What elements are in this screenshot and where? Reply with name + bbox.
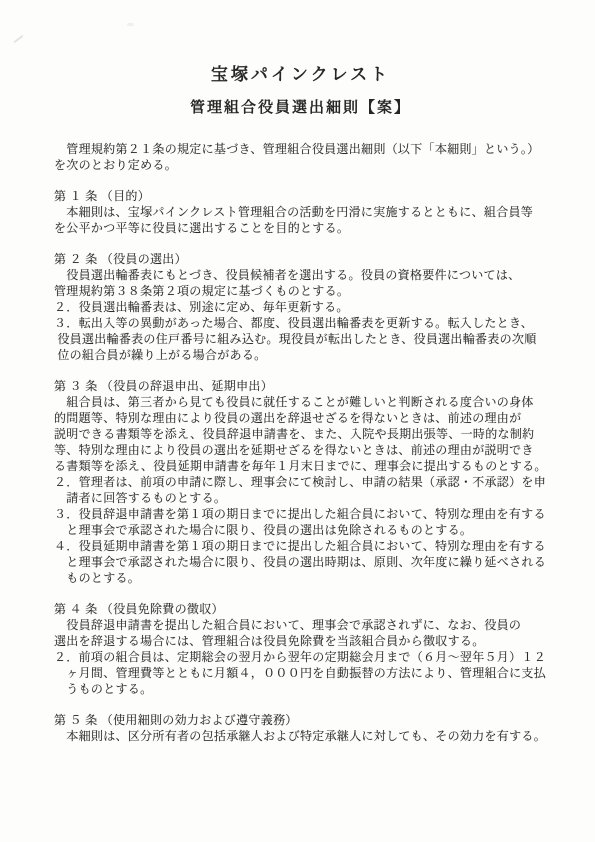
article-line: 請者に回答するものとする。	[54, 490, 547, 506]
article: 第 ４ 条 （役員免除費の徴収） 役員辞退申請書を提出した組合員において、理事会…	[54, 601, 547, 697]
article-line: 選出を辞退する場合には、管理組合は役員免除費を当該組合員から徴収する。	[54, 633, 547, 649]
article: 第 １ 条 （目的） 本細則は、宝塚パインクレスト管理組合の活動を円滑に実施する…	[54, 188, 547, 236]
document-page: 宝塚パインクレスト 管理組合役員選出細則【案】 管理規約第２１条の規定に基づき、…	[0, 0, 595, 842]
article: 第 ２ 条 （役員の選出） 役員選出輪番表にもとづき、役員候補者を選出する。役員…	[54, 251, 547, 363]
document-content: 宝塚パインクレスト 管理組合役員選出細則【案】 管理規約第２１条の規定に基づき、…	[54, 60, 547, 744]
article-heading: 第 ２ 条 （役員の選出）	[54, 251, 547, 267]
article-lines: 組合員は、第三者から見ても役員に就任することが難しいと判断される度合いの身体的問…	[54, 394, 547, 586]
article-line: ３．転出入等の異動があった場合、都度、役員選出輪番表を更新する。転入したとき、	[54, 315, 547, 331]
article-line: 管理規約第３８条第２項の規定に基づくものとする。	[54, 283, 547, 299]
article-line: 役員辞退申請書を提出した組合員において、理事会で承認されずに、なお、役員の	[54, 617, 547, 633]
article-line: ２．役員選出輪番表は、別途に定め、毎年更新する。	[54, 299, 547, 315]
article-line: ２．管理者は、前項の申請に際し、理事会にて検討し、申請の結果（承認・不承認）を申	[54, 474, 547, 490]
article-line: 役員選出輪番表にもとづき、役員候補者を選出する。役員の資格要件については、	[54, 267, 547, 283]
scan-artifact-smudge	[127, 23, 134, 26]
article-line: と理事会で承認された場合に限り、役員の選出は免除されるものとする。	[54, 522, 547, 538]
article-line: と理事会で承認された場合に限り、役員の選出時期は、原則、次年度に繰り延べされる	[54, 554, 547, 570]
article-line: 等、特別な理由により役員の選出を延期せざるを得ないときは、前述の理由が説明でき	[54, 442, 547, 458]
article-lines: 役員選出輪番表にもとづき、役員候補者を選出する。役員の資格要件については、管理規…	[54, 267, 547, 363]
article-line: る書類等を添え、役員延期申請書を毎年１月末日までに、理事会に提出するものとする。	[54, 458, 547, 474]
article-lines: 本細則は、区分所有者の包括承継人および特定承継人に対しても、その効力を有する。	[54, 728, 547, 744]
article-line: ３．役員辞退申請書を第１項の期日までに提出した組合員において、特別な理由を有する	[54, 506, 547, 522]
preamble-line: 管理規約第２１条の規定に基づき、管理組合役員選出細則（以下「本細則」という。）	[54, 141, 547, 157]
article-heading: 第 ３ 条 （役員の辞退申出、延期申出）	[54, 378, 547, 394]
article-line: 的問題等、特別な理由により役員の選出を辞退せざるを得ないときは、前述の理由が	[54, 410, 547, 426]
article: 第 ３ 条 （役員の辞退申出、延期申出） 組合員は、第三者から見ても役員に就任す…	[54, 378, 547, 586]
article: 第 ５ 条 （使用細則の効力および遵守義務） 本細則は、区分所有者の包括承継人お…	[54, 712, 547, 744]
article-lines: 役員辞退申請書を提出した組合員において、理事会で承認されずに、なお、役員の選出を…	[54, 617, 547, 697]
article-line: うものとする。	[54, 681, 547, 697]
article-line: 本細則は、区分所有者の包括承継人および特定承継人に対しても、その効力を有する。	[54, 728, 547, 744]
article-line: 説明できる書類等を添え、役員辞退申請書を、また、入院や長期出張等、一時的な制約	[54, 426, 547, 442]
document-title: 宝塚パインクレスト	[54, 60, 547, 85]
article-lines: 本細則は、宝塚パインクレスト管理組合の活動を円滑に実施するとともに、組合員等を公…	[54, 204, 547, 236]
article-line: 組合員は、第三者から見ても役員に就任することが難しいと判断される度合いの身体	[54, 394, 547, 410]
article-line: 役員選出輪番表の住戸番号に組み込む。現役員が転出したとき、役員選出輪番表の次順	[54, 331, 547, 347]
article-line: 位の組合員が繰り上がる場合がある。	[54, 347, 547, 363]
articles: 第 １ 条 （目的） 本細則は、宝塚パインクレスト管理組合の活動を円滑に実施する…	[54, 188, 547, 744]
article-line: ４．役員延期申請書を第１項の期日までに提出した組合員において、特別な理由を有する	[54, 538, 547, 554]
preamble: 管理規約第２１条の規定に基づき、管理組合役員選出細則（以下「本細則」という。） …	[54, 141, 547, 173]
article-line: を公平かつ平等に役員に選出することを目的とする。	[54, 220, 547, 236]
article-line: ヶ月間、管理費等とともに月額４，０００円を自動振替の方法により、管理組合に支払	[54, 665, 547, 681]
article-line: ２．前項の組合員は、定期総会の翌月から翌年の定期総会月まで（６月～翌年５月）１２	[54, 649, 547, 665]
scan-artifact-mark	[14, 35, 24, 43]
article-line: 本細則は、宝塚パインクレスト管理組合の活動を円滑に実施するとともに、組合員等	[54, 204, 547, 220]
article-heading: 第 ４ 条 （役員免除費の徴収）	[54, 601, 547, 617]
document-subtitle: 管理組合役員選出細則【案】	[54, 96, 547, 117]
article-heading: 第 １ 条 （目的）	[54, 188, 547, 204]
article-line: ものとする。	[54, 570, 547, 586]
preamble-line: を次のとおり定める。	[54, 157, 547, 173]
article-heading: 第 ５ 条 （使用細則の効力および遵守義務）	[54, 712, 547, 728]
